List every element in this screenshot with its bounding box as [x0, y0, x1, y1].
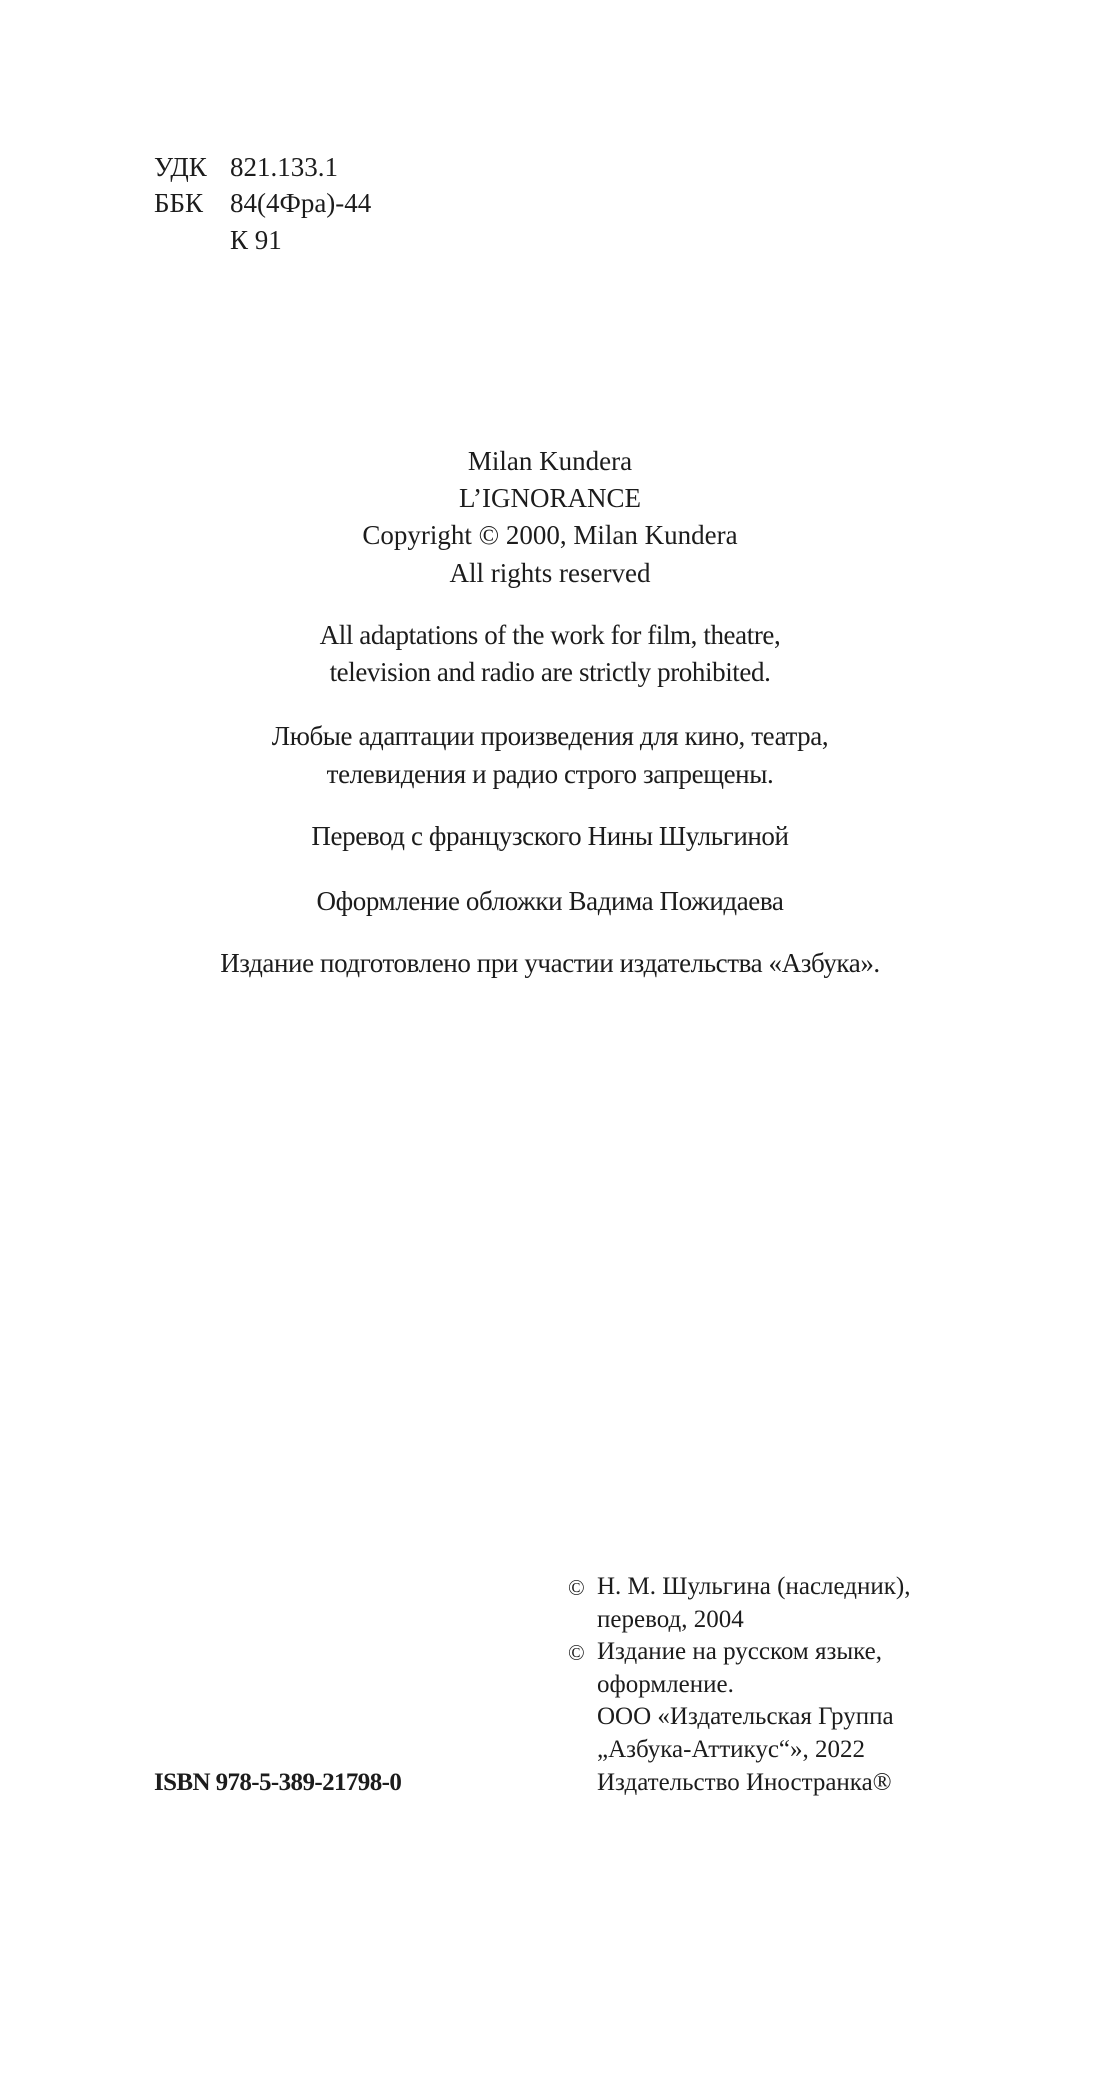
udk-value: 821.133.1 — [230, 154, 338, 181]
restriction-en-line-1: All adaptations of the work for film, th… — [0, 622, 1100, 649]
original-author: Milan Kundera — [0, 448, 1100, 475]
copyright-icon: © — [568, 1642, 585, 1664]
publisher-participation: Издание подготовлено при участии издател… — [0, 950, 1100, 977]
original-title: L’IGNORANCE — [0, 485, 1100, 512]
isbn: ISBN 978-5-389-21798-0 — [154, 1770, 401, 1795]
rights-reserved: All rights reserved — [0, 560, 1100, 587]
restriction-en-line-2: television and radio are strictly prohib… — [0, 659, 1100, 686]
restriction-ru-line-1: Любые адаптации произведения для кино, т… — [0, 723, 1100, 750]
bbk-value: 84(4Фра)-44 — [230, 190, 371, 217]
original-copyright: Copyright © 2000, Milan Kundera — [0, 522, 1100, 549]
author-mark: К 91 — [230, 227, 282, 254]
bbk-label: ББК — [154, 190, 203, 217]
udk-label: УДК — [154, 154, 207, 181]
copyright-edition: Издание на русском языке, — [597, 1639, 882, 1664]
publisher-group: ООО «Издательская Группа — [597, 1704, 894, 1729]
copyright-translator: Н. М. Шульгина (наследник), — [597, 1574, 910, 1599]
translation-credit: Перевод с французского Нины Шульгиной — [0, 823, 1100, 850]
publisher-group-name: „Азбука-Аттикус“», 2022 — [597, 1737, 865, 1762]
cover-design-credit: Оформление обложки Вадима Пожидаева — [0, 888, 1100, 915]
copyright-edition-design: оформление. — [597, 1672, 734, 1697]
restriction-ru-line-2: телевидения и радио строго запрещены. — [0, 761, 1100, 788]
publisher-imprint: Издательство Иностранка® — [597, 1770, 892, 1795]
copyright-icon: © — [568, 1577, 585, 1599]
copyright-translator-detail: перевод, 2004 — [597, 1607, 744, 1632]
